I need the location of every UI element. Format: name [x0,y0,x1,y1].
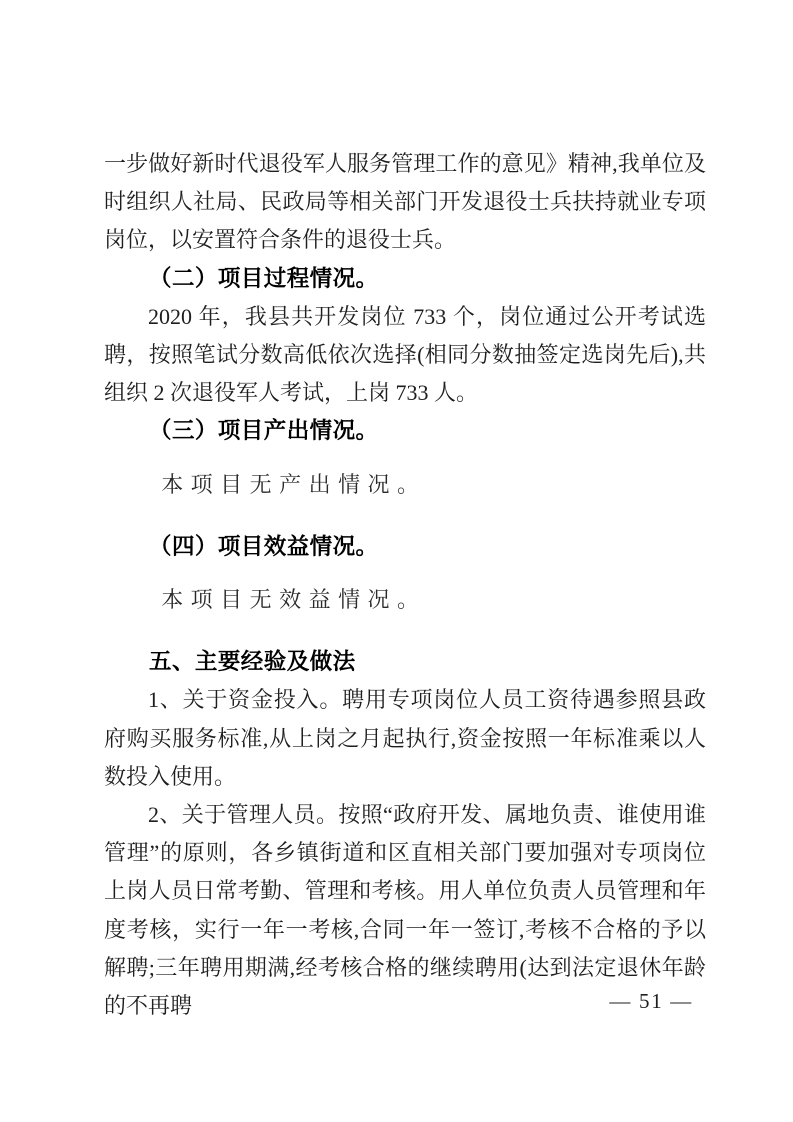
section-heading: （二）项目过程情况。 [104,260,706,298]
paragraph: 1、关于资金投入。聘用专项岗位人员工资待遇参照县政府购买服务标准,从上岗之月起执… [104,681,706,796]
section-heading: （三）项目产出情况。 [104,412,706,450]
section-heading: （四）项目效益情况。 [104,528,706,566]
paragraph: 2020 年，我县共开发岗位 733 个，岗位通过公开考试选聘，按照笔试分数高低… [104,298,706,413]
section-heading: 五、主要经验及做法 [104,643,706,681]
paragraph: 本项目无产出情况。 [104,466,706,504]
document-page: 一步做好新时代退役军人服务管理工作的意见》精神,我单位及时组织人社局、民政局等相… [0,0,793,1122]
document-body: 一步做好新时代退役军人服务管理工作的意见》精神,我单位及时组织人社局、民政局等相… [104,145,706,1025]
paragraph: 一步做好新时代退役军人服务管理工作的意见》精神,我单位及时组织人社局、民政局等相… [104,145,706,260]
paragraph: 本项目无效益情况。 [104,581,706,619]
page-number: — 51 — [609,986,693,1016]
